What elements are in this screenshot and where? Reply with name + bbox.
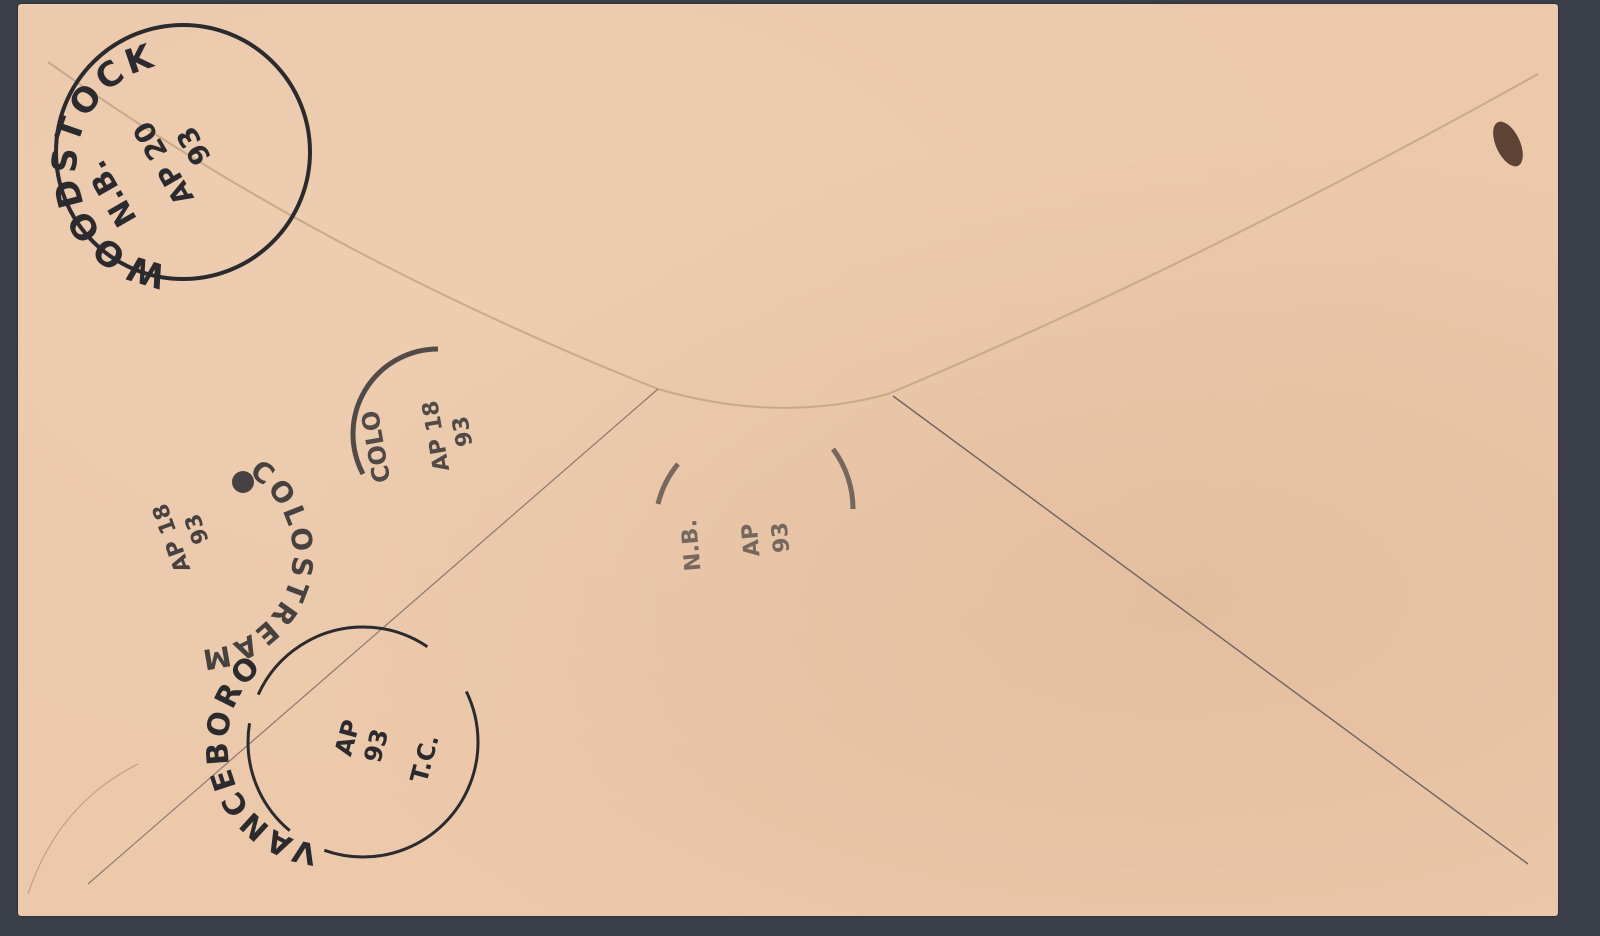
svg-text:VANCEBORO: VANCEBORO <box>200 648 320 872</box>
postmark-vanceboro: VANCEBORO AP 93 T.C. <box>18 4 1558 916</box>
svg-text:T.C.: T.C. <box>405 731 445 785</box>
envelope-back: WOODSTOCK AP 20 93 N.B. COLOSTREAM AP 18… <box>18 4 1558 916</box>
svg-text:93: 93 <box>359 726 395 766</box>
